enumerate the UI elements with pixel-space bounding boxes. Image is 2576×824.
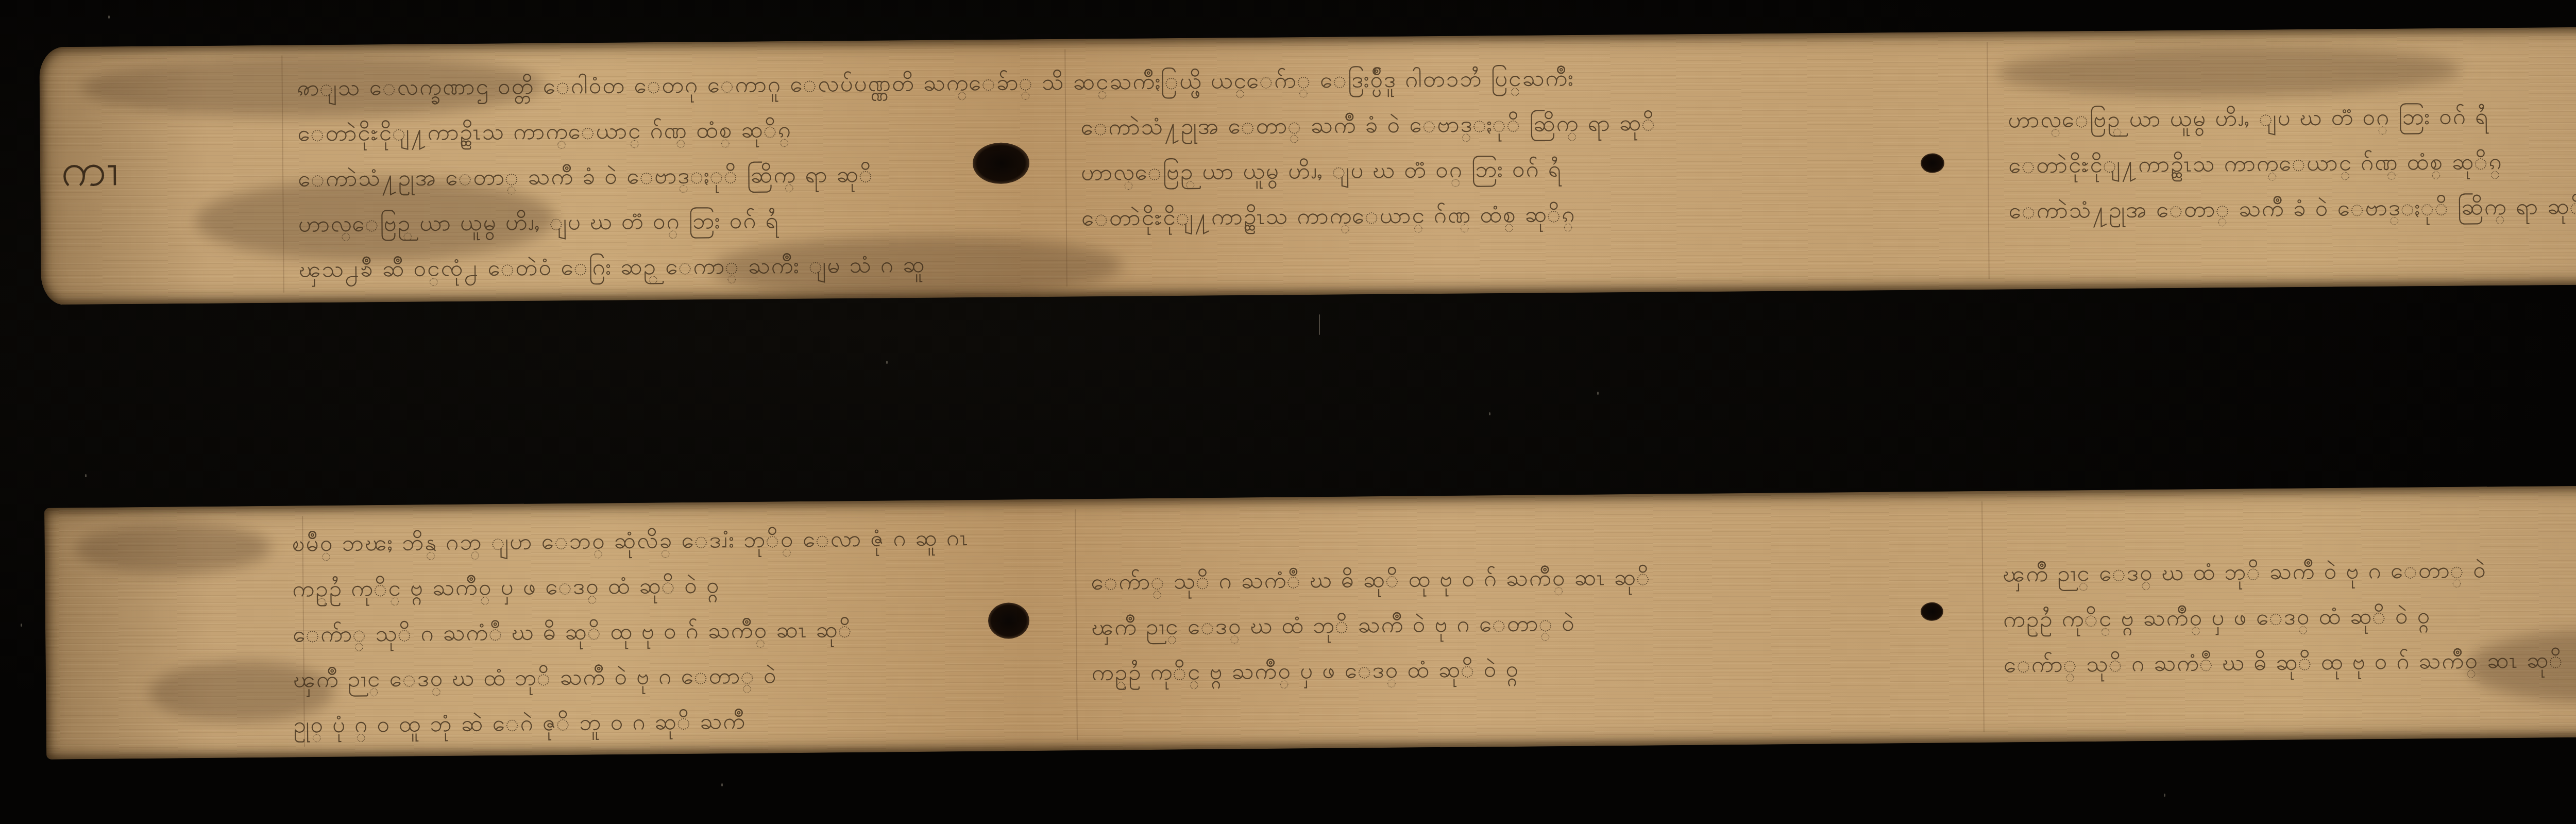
manuscript-text-top-left: ေတာဲငိုႊငိုျ႔ကာဉ္ထိၤသ ကာက္ေယာင္ ဂ်ဏ္ ထံစ… [297,106,947,247]
dust-speck [108,15,110,19]
text-line: ေကာဲသံ႔ဥုအ ေတာ္ ႀကိဳ ခံ ဝဲ ေဗာဒ္ႏုိ ဆြိက… [1080,98,1957,150]
text-line: ေတာဲငိုႊငိုျ႔ကာဉ္ထိၤသ ကာက္ေယာင္ ဂ်ဏ္ ထံစ… [1081,189,1957,241]
manuscript-text-bottom-right: ၾကိဳ ဉၢင္ ေဒဝ္ ဃ ထံ ဘုိ ႀကိဳ ဝဲ ဗု ဂ ေတာ… [2003,546,2576,687]
palm-leaf-bottom: ၿမိဳဝ္ ဘၽႈ ဘိန္ ဂဘ္ ျပာ ေဘဝ္ ဆုံလိခ္ ေဒၨ… [44,483,2576,759]
text-line: ေတာဲငိုႊငိုျ႔ကာဉ္ထိၤသ ကာက္ေယာင္ ဂ်ဏ္ ထံစ… [2008,138,2576,188]
manuscript-text-top-right: ဟာလ္ေဗြဉ္ ယာ ယူမွ ဟိၪႇ ျပ ဃ တၱ ဝဂ္ ဘြး ဝ… [2008,93,2576,233]
manuscript-text-bottom-middle: ေက်ာ္ သုိ ဂ ႀကံဳ ဃ ဓိ ဆုိ ထု ဗု ဝ ဂ် ႀကိ… [1091,552,1957,696]
text-line: ေက်ာ္ သုိ ဂ ႀကံဳ ဃ ဓိ ဆုိ ထု ဗု ဝ ဂ် ႀကိ… [1091,552,1957,605]
text-line: ၾကိဳ ဉၢင္ ေဒဝ္ ဃ ထံ ဘုိ ႀကိဳ ဝဲ ဗု ဂ ေတာ… [2003,546,2576,597]
text-line: ေတာဲငိုႊငိုျ႔ကာဉ္ထိၤသ ကာက္ေယာင္ ဂ်ဏ္ ထံစ… [297,106,947,157]
manuscript-text-top-middle: ေကာဲသံ႔ဥုအ ေတာ္ ႀကိဳ ခံ ဝဲ ေဗာဒ္ႏုိ ဆြိက… [1080,98,1957,241]
text-line: ေက်ာ္ သုိ ဂ ႀကံဳ ဃ ဓိ ဆုိ ထု ဗု ဝ ဂ် ႀကိ… [2003,637,2576,687]
text-line: ဟာလ္ေဗြဉ္ ယာ ယူမွ ဟိၪႇ ျပ ဃ တၱ ဝဂ္ ဘြး ဝ… [2008,93,2576,143]
dust-speck [21,624,22,627]
text-line: ၾကိဳ ဉၢင္ ေဒဝ္ ဃ ထံ ဘုိ ႀကိဳ ဝဲ ဗု ဂ ေတာ… [1091,597,1957,650]
folio-number: ကၢ [61,139,119,208]
dust-speck [85,474,87,477]
text-line: ကဥ္ဥႆ ကုိင္ ဗ္ဂ ႀကိဳဝ္ ၦ ဖ ေဒဝ္ ထံ ဆုိ ဝ… [292,561,962,612]
string-hole [988,602,1030,639]
dust-speck [1319,314,1320,335]
text-line: ၾကိဳ ဉၢင္ ေဒဝ္ ဃ ထံ ဘုိ ႀကိဳ ဝဲ ဗု ဂ ေတာ… [293,651,963,702]
text-line: ေကာဲသံ႔ဥုအ ေတာ္ ႀကိဳ ခံ ဝဲ ေဗာဒ္ႏုိ ဆြိက… [298,152,947,202]
dust-speck [1597,392,1599,395]
water-stain [75,522,272,575]
string-hole [973,142,1030,184]
text-line: ဟာလ္ေဗြဉ္ ယာ ယူမွ ဟိၪႇ ျပ ဃ တၱ ဝဂ္ ဘြး ဝ… [1081,143,1957,195]
dust-speck [1489,412,1490,415]
text-line: ကဥ္ဥႆ ကုိင္ ဗ္ဂ ႀကိဳဝ္ ၦ ဖ ေဒဝ္ ထံ ဆုိ ဝ… [1091,643,1957,696]
text-line: ေကာဲသံ႔ဥုအ ေတာ္ ႀကိဳ ခံ ဝဲ ေဗာဒ္ႏုိ ဆြိက… [2008,183,2576,233]
text-line: ဟာလ္ေဗြဉ္ ယာ ယူမွ ဟိၪႇ ျပ ဃ တၱ ဝဂ္ ဘြး ဝ… [298,197,947,247]
text-line: ကဥ္ဥႆ ကုိင္ ဗ္ဂ ႀကိဳဝ္ ၦ ဖ ေဒဝ္ ထံ ဆုိ ဝ… [2003,592,2576,642]
palm-leaf-top: ကၢ ၷာျသ ေလက္ခဏာဌ ၀တ္တိ ေဂါဝံတ ေတဂု ေကာဂူ… [39,25,2576,305]
dust-speck [2164,794,2165,797]
manuscript-text-bottom-left: ကဥ္ဥႆ ကုိင္ ဗ္ဂ ႀကိဳဝ္ ၦ ဖ ေဒဝ္ ထံ ဆုိ ဝ… [292,561,963,702]
text-line: ေက်ာ္ သုိ ဂ ႀကံဳ ဃ ဓိ ဆုိ ထု ဗု ဝ ဂ် ႀကိ… [293,606,963,657]
dust-speck [886,361,888,364]
dust-speck [721,783,723,786]
